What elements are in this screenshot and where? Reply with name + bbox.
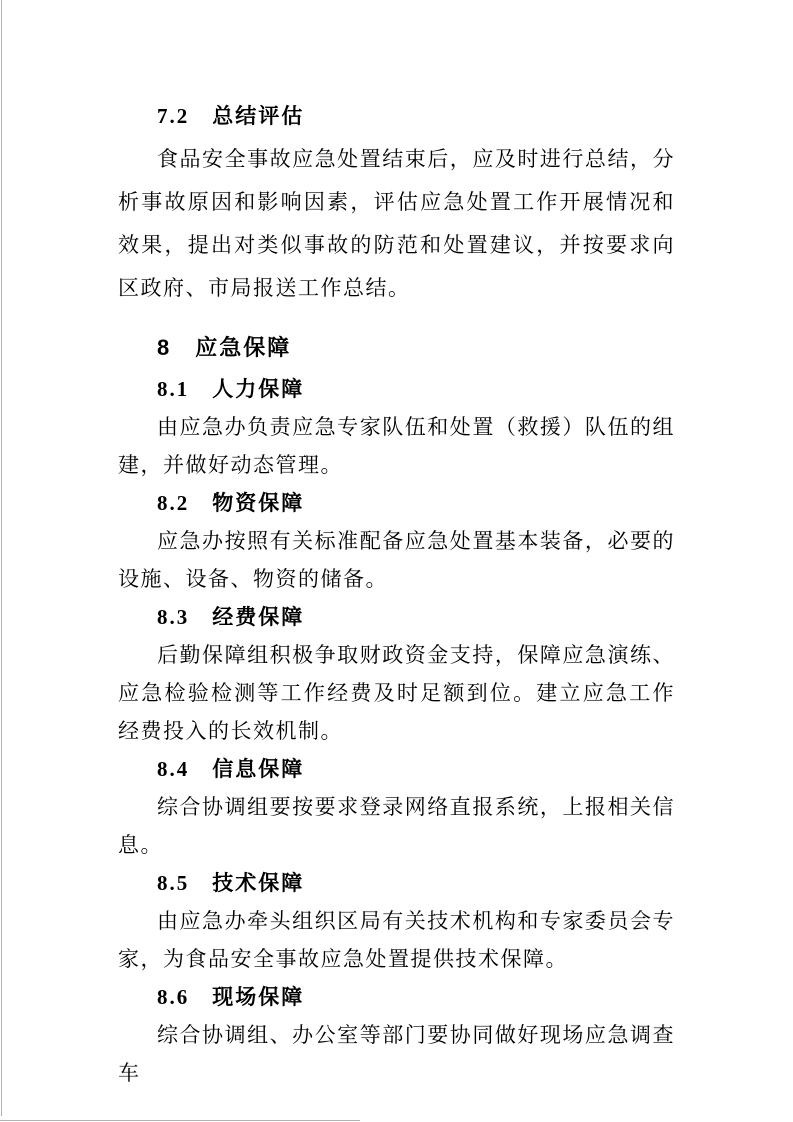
chapter-heading-8: 8 应急保障 — [118, 326, 675, 370]
section-heading-8-2: 8.2 物资保障 — [118, 484, 675, 522]
page-edge-bottom — [0, 1120, 360, 1121]
section-paragraph-8-2: 应急办按照有关标准配备应急处置基本装备，必要的设施、设备、物资的储备。 — [118, 522, 675, 598]
section-paragraph-8-3: 后勤保障组积极争取财政资金支持，保障应急演练、应急检验检测等工作经费及时足额到位… — [118, 636, 675, 750]
section-paragraph-7-2: 食品安全事故应急处置结束后，应及时进行总结，分析事故原因和影响因素，评估应急处置… — [118, 138, 675, 310]
document-content: 7.2 总结评估 食品安全事故应急处置结束后，应及时进行总结，分析事故原因和影响… — [118, 95, 675, 1092]
section-paragraph-8-4: 综合协调组要按要求登录网络直报系统，上报相关信息。 — [118, 788, 675, 864]
section-8-block: 8.1 人力保障 由应急办负责应急专家队伍和处置（救援）队伍的组建，并做好动态管… — [118, 370, 675, 1092]
page-edge-left — [1, 0, 2, 1116]
section-paragraph-8-1: 由应急办负责应急专家队伍和处置（救援）队伍的组建，并做好动态管理。 — [118, 408, 675, 484]
section-heading-8-6: 8.6 现场保障 — [118, 978, 675, 1016]
section-7-2: 7.2 总结评估 食品安全事故应急处置结束后，应及时进行总结，分析事故原因和影响… — [118, 95, 675, 310]
section-heading-7-2: 7.2 总结评估 — [118, 95, 675, 138]
section-heading-8-3: 8.3 经费保障 — [118, 598, 675, 636]
section-paragraph-8-5: 由应急办牵头组织区局有关技术机构和专家委员会专家，为食品安全事故应急处置提供技术… — [118, 902, 675, 978]
section-heading-8-5: 8.5 技术保障 — [118, 864, 675, 902]
section-heading-8-1: 8.1 人力保障 — [118, 370, 675, 408]
section-paragraph-8-6: 综合协调组、办公室等部门要协同做好现场应急调查车 — [118, 1016, 675, 1092]
document-page: 7.2 总结评估 食品安全事故应急处置结束后，应及时进行总结，分析事故原因和影响… — [0, 0, 793, 1122]
section-heading-8-4: 8.4 信息保障 — [118, 750, 675, 788]
